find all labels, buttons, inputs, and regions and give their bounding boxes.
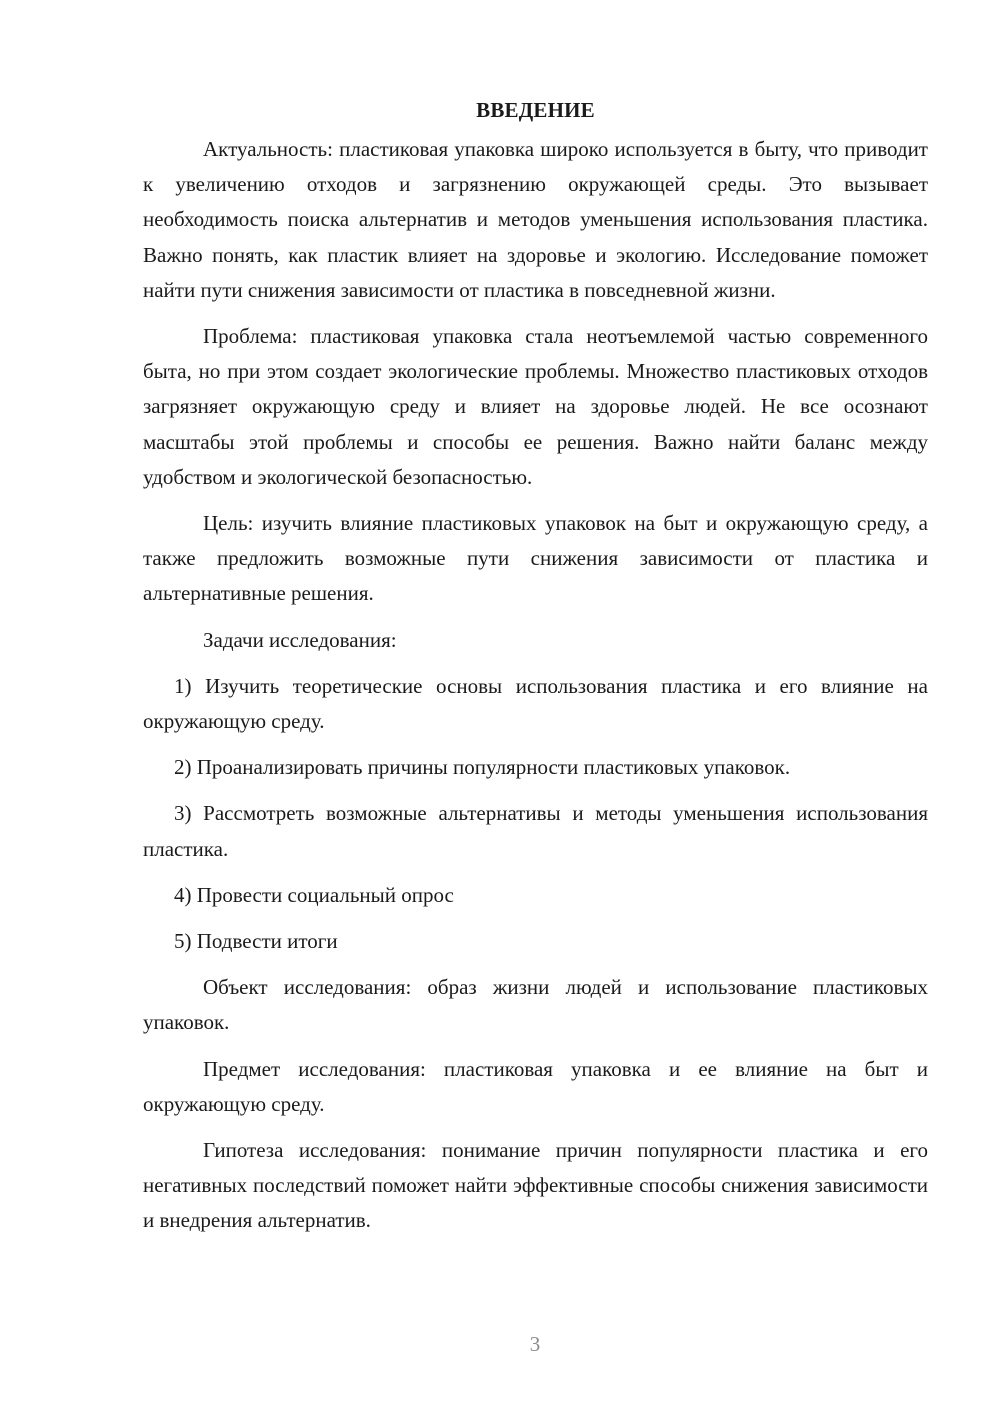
hypothesis-paragraph: Гипотеза исследования: понимание причин …	[143, 1133, 928, 1239]
goal-paragraph: Цель: изучить влияние пластиковых упаков…	[143, 506, 928, 612]
task-item: 3) Рассмотреть возможные альтернативы и …	[143, 796, 928, 866]
task-item: 5) Подвести итоги	[143, 924, 928, 959]
object-paragraph: Объект исследования: образ жизни людей и…	[143, 970, 928, 1040]
tasks-heading: Задачи исследования:	[143, 623, 928, 658]
page-title: ВВЕДЕНИЕ	[143, 93, 928, 128]
subject-paragraph: Предмет исследования: пластиковая упаков…	[143, 1052, 928, 1122]
relevance-paragraph: Актуальность: пластиковая упаковка широк…	[143, 132, 928, 308]
tasks-list: 1) Изучить теоретические основы использо…	[143, 669, 928, 959]
task-item: 2) Проанализировать причины популярности…	[143, 750, 928, 785]
page-number: 3	[0, 1332, 1000, 1357]
task-item: 1) Изучить теоретические основы использо…	[143, 669, 928, 739]
problem-paragraph: Проблема: пластиковая упаковка стала нео…	[143, 319, 928, 495]
document-page: ВВЕДЕНИЕ Актуальность: пластиковая упако…	[143, 93, 928, 1250]
task-item: 4) Провести социальный опрос	[143, 878, 928, 913]
